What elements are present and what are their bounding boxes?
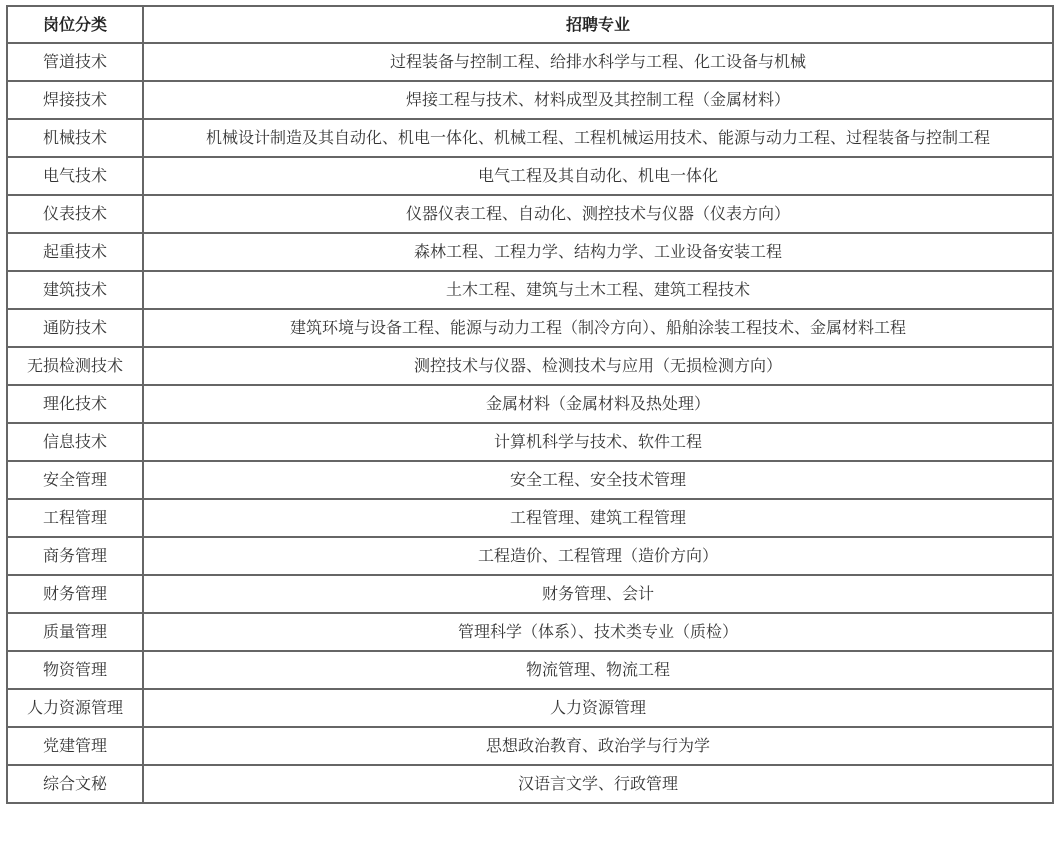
category-cell: 党建管理 — [7, 727, 143, 765]
category-cell: 无损检测技术 — [7, 347, 143, 385]
table-row: 物资管理 物流管理、物流工程 — [7, 651, 1053, 689]
category-cell: 人力资源管理 — [7, 689, 143, 727]
category-cell: 管道技术 — [7, 43, 143, 81]
majors-cell: 汉语言文学、行政管理 — [143, 765, 1053, 803]
table-row: 商务管理 工程造价、工程管理（造价方向） — [7, 537, 1053, 575]
majors-cell: 思想政治教育、政治学与行为学 — [143, 727, 1053, 765]
majors-cell: 管理科学（体系）、技术类专业（质检） — [143, 613, 1053, 651]
majors-cell: 工程管理、建筑工程管理 — [143, 499, 1053, 537]
category-cell: 起重技术 — [7, 233, 143, 271]
table-row: 管道技术 过程装备与控制工程、给排水科学与工程、化工设备与机械 — [7, 43, 1053, 81]
table-row: 安全管理 安全工程、安全技术管理 — [7, 461, 1053, 499]
table-row: 质量管理 管理科学（体系）、技术类专业（质检） — [7, 613, 1053, 651]
table-row: 财务管理 财务管理、会计 — [7, 575, 1053, 613]
table-row: 通防技术 建筑环境与设备工程、能源与动力工程（制冷方向）、船舶涂装工程技术、金属… — [7, 309, 1053, 347]
table-row: 电气技术 电气工程及其自动化、机电一体化 — [7, 157, 1053, 195]
majors-cell: 计算机科学与技术、软件工程 — [143, 423, 1053, 461]
table-row: 党建管理 思想政治教育、政治学与行为学 — [7, 727, 1053, 765]
category-cell: 质量管理 — [7, 613, 143, 651]
majors-cell: 安全工程、安全技术管理 — [143, 461, 1053, 499]
table-row: 仪表技术 仪器仪表工程、自动化、测控技术与仪器（仪表方向） — [7, 195, 1053, 233]
majors-cell: 金属材料（金属材料及热处理） — [143, 385, 1053, 423]
category-cell: 信息技术 — [7, 423, 143, 461]
category-cell: 财务管理 — [7, 575, 143, 613]
table-row: 建筑技术 土木工程、建筑与土木工程、建筑工程技术 — [7, 271, 1053, 309]
table-row: 综合文秘 汉语言文学、行政管理 — [7, 765, 1053, 803]
majors-cell: 森林工程、工程力学、结构力学、工业设备安装工程 — [143, 233, 1053, 271]
majors-cell: 人力资源管理 — [143, 689, 1053, 727]
table-row: 人力资源管理 人力资源管理 — [7, 689, 1053, 727]
category-cell: 工程管理 — [7, 499, 143, 537]
table-header-row: 岗位分类 招聘专业 — [7, 6, 1053, 43]
category-cell: 机械技术 — [7, 119, 143, 157]
table-row: 理化技术 金属材料（金属材料及热处理） — [7, 385, 1053, 423]
majors-cell: 土木工程、建筑与土木工程、建筑工程技术 — [143, 271, 1053, 309]
table-row: 焊接技术 焊接工程与技术、材料成型及其控制工程（金属材料） — [7, 81, 1053, 119]
category-cell: 仪表技术 — [7, 195, 143, 233]
majors-cell: 仪器仪表工程、自动化、测控技术与仪器（仪表方向） — [143, 195, 1053, 233]
majors-cell: 电气工程及其自动化、机电一体化 — [143, 157, 1053, 195]
category-cell: 物资管理 — [7, 651, 143, 689]
majors-cell: 机械设计制造及其自动化、机电一体化、机械工程、工程机械运用技术、能源与动力工程、… — [143, 119, 1053, 157]
header-majors: 招聘专业 — [143, 6, 1053, 43]
majors-cell: 测控技术与仪器、检测技术与应用（无损检测方向） — [143, 347, 1053, 385]
majors-cell: 物流管理、物流工程 — [143, 651, 1053, 689]
header-category: 岗位分类 — [7, 6, 143, 43]
category-cell: 焊接技术 — [7, 81, 143, 119]
category-cell: 理化技术 — [7, 385, 143, 423]
majors-cell: 财务管理、会计 — [143, 575, 1053, 613]
category-cell: 综合文秘 — [7, 765, 143, 803]
category-cell: 安全管理 — [7, 461, 143, 499]
category-cell: 商务管理 — [7, 537, 143, 575]
table-row: 机械技术 机械设计制造及其自动化、机电一体化、机械工程、工程机械运用技术、能源与… — [7, 119, 1053, 157]
majors-cell: 过程装备与控制工程、给排水科学与工程、化工设备与机械 — [143, 43, 1053, 81]
category-cell: 电气技术 — [7, 157, 143, 195]
table-row: 起重技术 森林工程、工程力学、结构力学、工业设备安装工程 — [7, 233, 1053, 271]
majors-cell: 工程造价、工程管理（造价方向） — [143, 537, 1053, 575]
recruitment-majors-table: 岗位分类 招聘专业 管道技术 过程装备与控制工程、给排水科学与工程、化工设备与机… — [6, 5, 1054, 804]
table-row: 无损检测技术 测控技术与仪器、检测技术与应用（无损检测方向） — [7, 347, 1053, 385]
majors-cell: 建筑环境与设备工程、能源与动力工程（制冷方向）、船舶涂装工程技术、金属材料工程 — [143, 309, 1053, 347]
category-cell: 建筑技术 — [7, 271, 143, 309]
table-row: 工程管理 工程管理、建筑工程管理 — [7, 499, 1053, 537]
majors-cell: 焊接工程与技术、材料成型及其控制工程（金属材料） — [143, 81, 1053, 119]
table-row: 信息技术 计算机科学与技术、软件工程 — [7, 423, 1053, 461]
category-cell: 通防技术 — [7, 309, 143, 347]
